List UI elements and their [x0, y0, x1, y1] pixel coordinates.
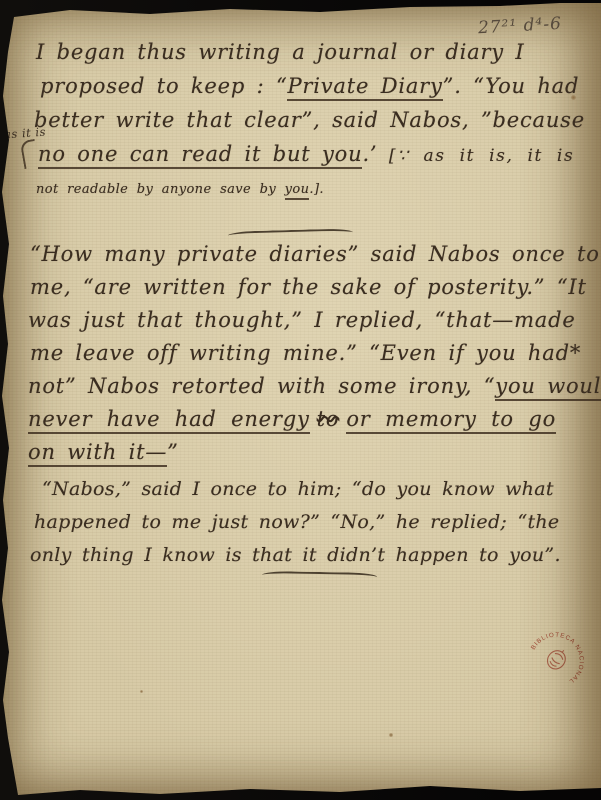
paper-stain [140, 690, 143, 693]
underlined-segment: or memory to go [346, 407, 556, 434]
manuscript-line: never have had energytoor memory to go [28, 407, 556, 431]
underlined-segment: you [285, 182, 310, 200]
library-stamp: BIBLIOTECA NACIONAL [508, 610, 601, 708]
manuscript-line: on with it—” [28, 440, 179, 464]
text-segment: .]. [309, 182, 324, 197]
manuscript-line: no one can read it but you.’ [∵ as it is… [38, 142, 574, 166]
underlined-segment: no one can read it but you [38, 142, 362, 169]
manuscript-line: better write that clear”, said Nabos, ”b… [34, 108, 585, 132]
manuscript-photo: 27²¹ d⁴-6 I began thus writing a journal… [0, 0, 601, 800]
text-segment: not” Nabos retorted with some irony, “ [28, 374, 495, 398]
paper-stain [571, 95, 576, 100]
insertion-note: as it is [4, 125, 47, 142]
text-segment: .’ [362, 142, 388, 166]
manuscript-line: not readable by anyone save by you.]. [36, 182, 324, 197]
text-segment: ”. “You had [443, 74, 580, 98]
paper-stain [389, 733, 393, 737]
manuscript-line: me, “are written for the sake of posteri… [30, 275, 587, 299]
manuscript-line: proposed to keep : “Private Diary”. “You… [40, 74, 579, 98]
manuscript-line: not” Nabos retorted with some irony, “yo… [28, 374, 601, 398]
archival-number: 27²¹ d⁴-6 [478, 14, 563, 38]
stamp-text: BIBLIOTECA NACIONAL [527, 620, 597, 686]
insertion-caret [20, 139, 40, 169]
manuscript-line: “Nabos,” said I once to him; “do you kno… [42, 478, 554, 500]
text-segment: proposed to keep : “ [40, 74, 287, 98]
manuscript-line: happened to me just now?” “No,” he repli… [34, 511, 559, 533]
text-segment: ” [167, 440, 179, 464]
text-segment: not readable by anyone save by [36, 182, 285, 197]
paper-sheet: 27²¹ d⁴-6 I began thus writing a journal… [0, 0, 601, 800]
underlined-segment: on with it— [28, 440, 167, 467]
manuscript-line: was just that thought,” I replied, “that… [28, 308, 576, 332]
manuscript-line: “How many private diaries” said Nabos on… [30, 242, 600, 266]
underlined-segment: never have had energy [28, 407, 310, 434]
text-segment: [∵ as it is, it is [389, 146, 574, 166]
struck-word: to [317, 407, 340, 431]
divider-line-top [228, 228, 353, 239]
manuscript-line: only thing I know is that it didn’t happ… [30, 544, 561, 566]
stamp-emblem [544, 645, 571, 672]
underlined-segment: you would [495, 374, 601, 401]
manuscript-line: me leave off writing mine.” “Even if you… [30, 341, 581, 365]
manuscript-line: I began thus writing a journal or diary … [36, 40, 525, 64]
underlined-segment: Private Diary [287, 74, 442, 101]
divider-line-bottom [262, 571, 377, 581]
